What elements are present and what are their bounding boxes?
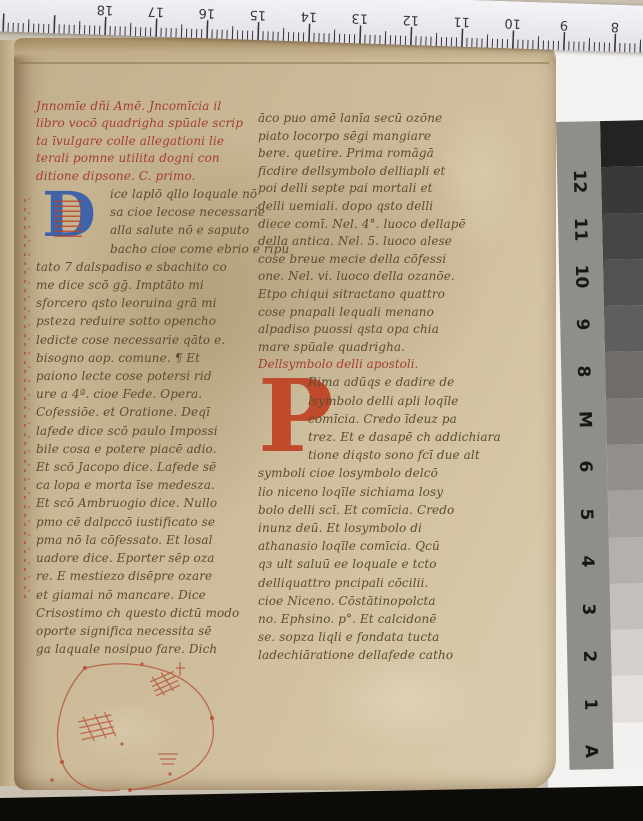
manuscript-text-line: symboli cioe losymbolo delcō	[258, 464, 490, 482]
ruler-number: 16	[199, 5, 215, 21]
right-column-body: P Rima adūqs e dadire delsymbolo delli a…	[258, 373, 490, 664]
manuscript-text-line: et giamai nō mancare. Dice	[36, 586, 262, 604]
calibration-step-label: 4	[577, 555, 597, 567]
ruler-number: 12	[403, 12, 419, 28]
manuscript-text-line: bisogno aop. comune. ¶ Et	[36, 349, 262, 367]
calibration-step-label: 6	[575, 460, 595, 472]
red-pen-trial-sketch	[30, 654, 270, 814]
manuscript-text-line: psteza reduire sotto opencho	[36, 312, 262, 330]
grayscale-step	[611, 629, 643, 676]
ruler-number: 8	[607, 19, 623, 35]
grayscale-step	[613, 722, 643, 769]
grayscale-step	[607, 444, 643, 491]
grayscale-step	[603, 259, 643, 306]
manuscript-text-line: oporte significa necessita sē	[36, 622, 262, 640]
manuscript-text-line: one. Nel. vi. luoco della ozanōe.	[258, 268, 490, 286]
calibration-step-label: 1	[580, 698, 600, 710]
illuminated-initial-d: D	[36, 187, 102, 249]
manuscript-text-line: Etpo chiqui sitractano quattro	[258, 286, 490, 304]
ruler-number: 13	[352, 10, 368, 26]
manuscript-text-line: athanasio loqīle comīcia. Qcū	[258, 537, 490, 555]
manuscript-text-line: āco puo amē lanīa secū ozōne	[258, 110, 490, 128]
manuscript-text-line: cioe Niceno. Cōstātinopolcta	[258, 592, 490, 610]
calibration-step-label: 9	[572, 318, 592, 330]
left-text-column: Jnnomīe dñi Amē. Jncomīcia illibro vocō …	[36, 98, 262, 658]
calibration-step-label: 10	[571, 264, 591, 288]
rubric-text-line: terali pomne utilita dogni con	[36, 150, 262, 167]
manuscript-text-line: se. sopza liqli e fondata tucta	[258, 628, 490, 646]
manuscript-text-line: inunz deū. Et losymbolo di	[258, 519, 490, 537]
ruler-number: 14	[301, 8, 317, 24]
manuscript-text-line: re. E mestiezo disēpre ozare	[36, 567, 262, 585]
left-column-body: D ice laplō qllo loquale nōsa cioe lecos…	[36, 185, 262, 658]
calibration-step-label: 12	[569, 169, 589, 193]
grayscale-calibration-card: 12111098M654321A	[556, 120, 643, 770]
grayscale-step	[610, 583, 643, 630]
right-column-top-lines: āco puo amē lanīa secū ozōnepiato locorp…	[258, 110, 490, 356]
calibration-step-label: 2	[579, 650, 599, 662]
grayscale-step	[605, 351, 643, 398]
manuscript-text-line: Et scō Jacopo dice. Lafede sē	[36, 458, 262, 476]
left-column-lines: ice laplō qllo loquale nōsa cioe lecose …	[36, 185, 262, 658]
manuscript-text-line: lafede dice scō paulo Impossi	[36, 422, 262, 440]
manuscript-text-line: bere. quetire. Prima romāgā	[258, 145, 490, 163]
rubric-text-line: ta īvulgare colle allegationi lie	[36, 133, 262, 150]
grayscale-step	[602, 213, 643, 260]
manuscript-text-line: ure a 4ª. cioe Fede. Opera.	[36, 385, 262, 403]
manuscript-text-line: mare spūale quadrigha.	[258, 339, 490, 357]
manuscript-text-line: delliquattro pncipali cōcilii.	[258, 574, 490, 592]
rubric-text-line: libro vocō quadrigha spūale scrip	[36, 115, 262, 132]
manuscript-text-line: no. Ephsino. p°. Et calcidonē	[258, 610, 490, 628]
manuscript-text-line: alpadiso puossi qsta opa chia	[258, 321, 490, 339]
calibration-step-label: 11	[570, 217, 590, 241]
manuscript-text-line: pma nō la cōfessato. Et losal	[36, 531, 262, 549]
manuscript-text-line: me dice scō gḡ. Imptāto mi	[36, 276, 262, 294]
ruler-number: 17	[148, 3, 164, 19]
calibration-step-label: A	[581, 745, 601, 759]
manuscript-text-line: bile cosa e potere piacē adio.	[36, 440, 262, 458]
manuscript-text-line: delli uemiali. dopo qsto delli	[258, 198, 490, 216]
manuscript-text-line: bolo delli scī. Et comīcia. Credo	[258, 501, 490, 519]
grayscale-step	[606, 398, 643, 445]
red-margin-filigree	[22, 198, 31, 598]
calibration-step-label: 8	[573, 365, 593, 377]
rubric-text-line: Jnnomīe dñi Amē. Jncomīcia il	[36, 98, 262, 115]
calibration-step-label: 3	[578, 603, 598, 615]
grayscale-step	[609, 537, 643, 584]
manuscript-text-line: paiono lecte cose potersi rid	[36, 367, 262, 385]
right-column-rubric: Dellsymbolo delli apostoli.	[258, 356, 490, 373]
grayscale-step	[612, 675, 643, 722]
manuscript-text-line: pmo cē dalpccō iustificato se	[36, 513, 262, 531]
manuscript-text-line: tato 7 dalspadiso e sbachito co	[36, 258, 262, 276]
calibration-step-label: 5	[576, 508, 596, 520]
grayscale-step	[608, 490, 643, 537]
ruler-number: 18	[97, 2, 113, 18]
manuscript-text-line: qз ult saluū ee loquale e tcto	[258, 555, 490, 573]
grayscale-step	[600, 120, 643, 167]
calibration-step-label: M	[574, 410, 594, 427]
manuscript-text-line: Cofessiōe. et Oratione. Deqī	[36, 403, 262, 421]
manuscript-text-line: sforcero qsto leoruina grā mi	[36, 294, 262, 312]
manuscript-text-line: lio niceno loqīle sichiama losy	[258, 483, 490, 501]
manuscript-text-line: cose breue mecie della cōfessi	[258, 251, 490, 269]
ruler-number: 10	[505, 15, 521, 31]
page-top-edge-line	[18, 62, 549, 64]
right-text-column: āco puo amē lanīa secū ozōnepiato locorp…	[258, 110, 490, 665]
manuscript-text-line: ca lopa e morta īse medesza.	[36, 476, 262, 494]
left-column-rubric: Jnnomīe dñi Amē. Jncomīcia illibro vocō …	[36, 98, 262, 185]
manuscript-text-line: ledicte cose necessarie qāto e.	[36, 331, 262, 349]
ruler-number: 9	[556, 17, 572, 33]
manuscript-text-line: Crisostimo ch questo dictū modo	[36, 604, 262, 622]
manuscript-text-line: Et scō Ambruogio dice. Nullo	[36, 494, 262, 512]
manuscript-text-line: ficdire dellsymbolo delliapli et	[258, 163, 490, 181]
manuscript-text-line: uadore dice. Eporter sēp oza	[36, 549, 262, 567]
manuscript-text-line: della antica. Nel. 5. luoco alese	[258, 233, 490, 251]
manuscript-text-line: piato locorpo sēgi mangiare	[258, 128, 490, 146]
manuscript-text-line: poi delli septe pai mortali et	[258, 180, 490, 198]
grayscale-step	[601, 166, 643, 213]
manuscript-text-line: cose pnapali lequali menano	[258, 304, 490, 322]
grayscale-step	[604, 305, 643, 352]
ruler-number: 15	[250, 7, 266, 23]
ruler-number: 11	[454, 13, 470, 29]
manuscript-text-line: diece comī. Nel. 4°. luoco dellapē	[258, 216, 490, 234]
red-initial-p: P	[258, 375, 302, 463]
manuscript-text-line: ladechiāratione dellafede catho	[258, 646, 490, 664]
manuscript-page: Jnnomīe dñi Amē. Jncomīcia illibro vocō …	[14, 38, 556, 790]
